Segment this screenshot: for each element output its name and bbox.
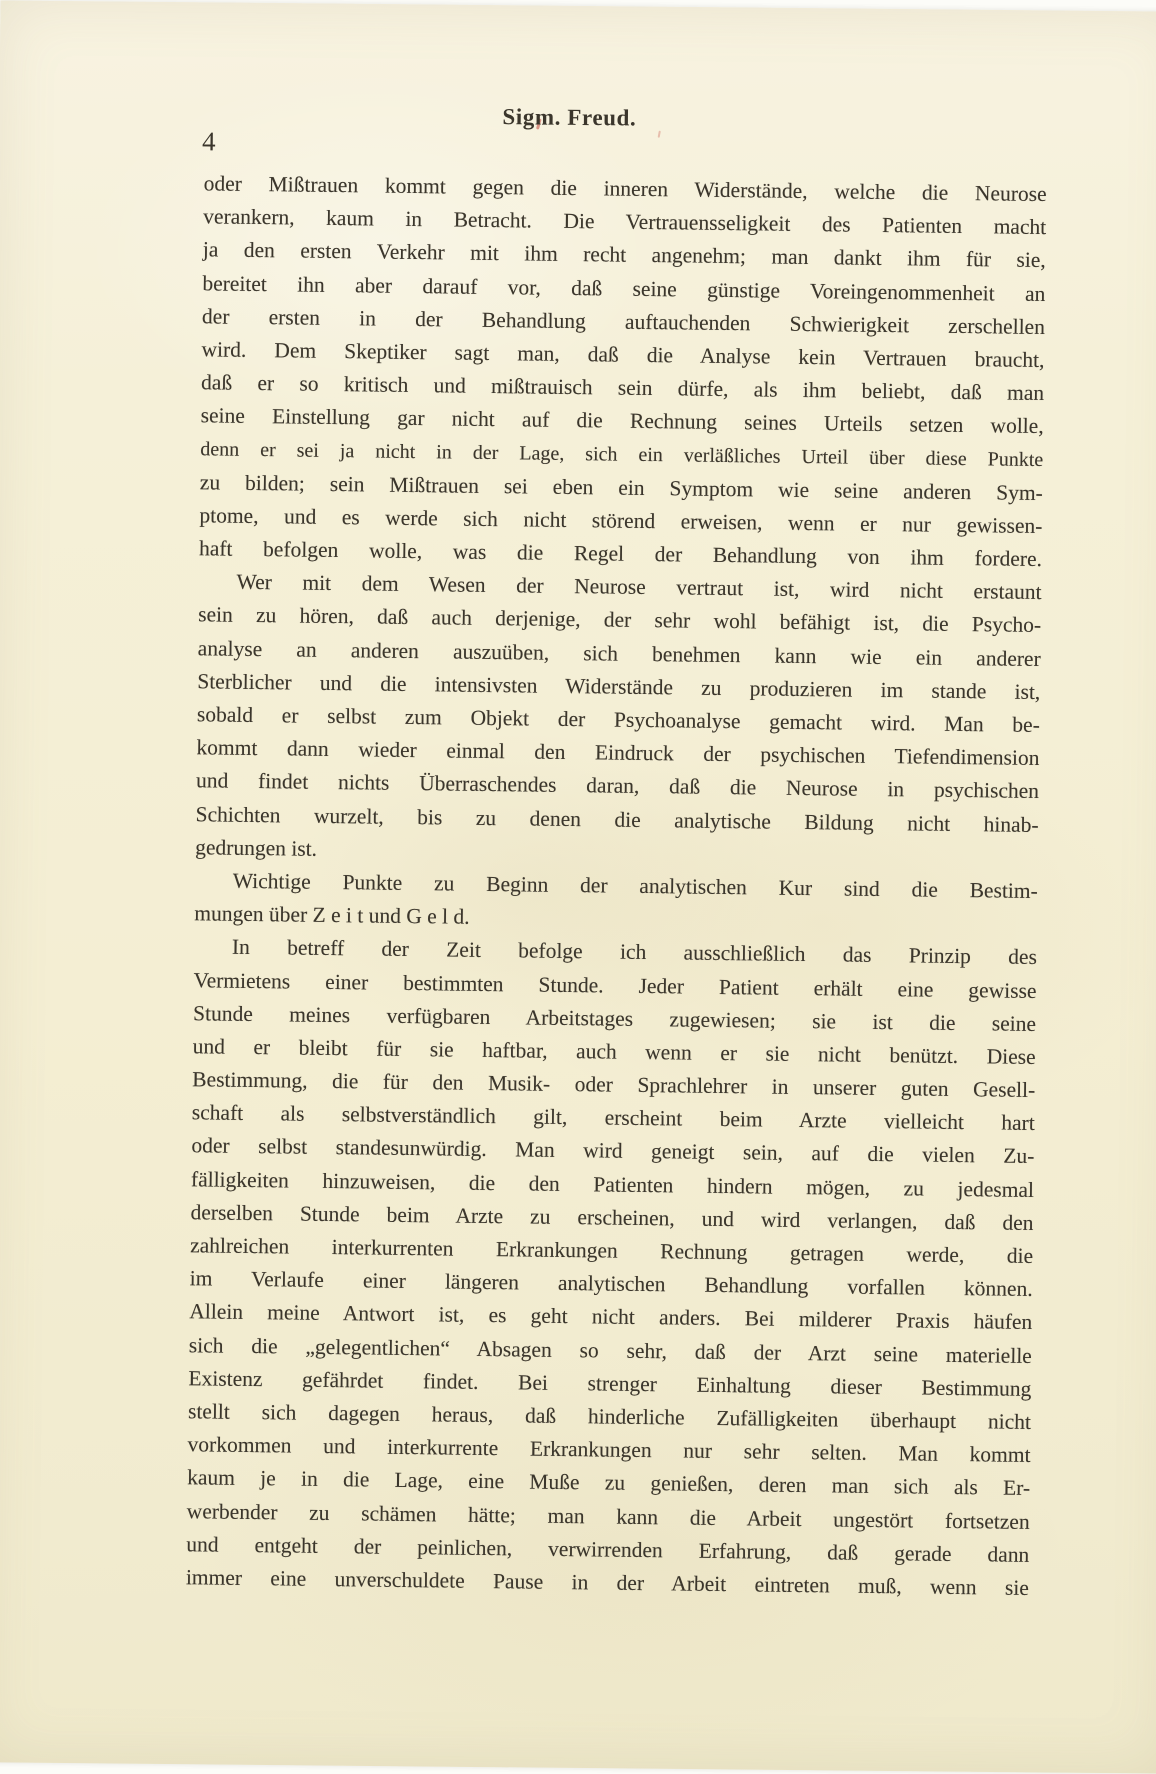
running-header: Sigm. Freud. bbox=[204, 101, 934, 134]
book-scan: 4 Sigm. Freud. oder Mißtrauen kommt gege… bbox=[0, 0, 1156, 1774]
page-number: 4 bbox=[202, 126, 216, 157]
scanned-page: 4 Sigm. Freud. oder Mißtrauen kommt gege… bbox=[0, 0, 1156, 1773]
text-lines: oder Mißtrauen kommt gegen die inneren W… bbox=[186, 167, 1047, 1605]
